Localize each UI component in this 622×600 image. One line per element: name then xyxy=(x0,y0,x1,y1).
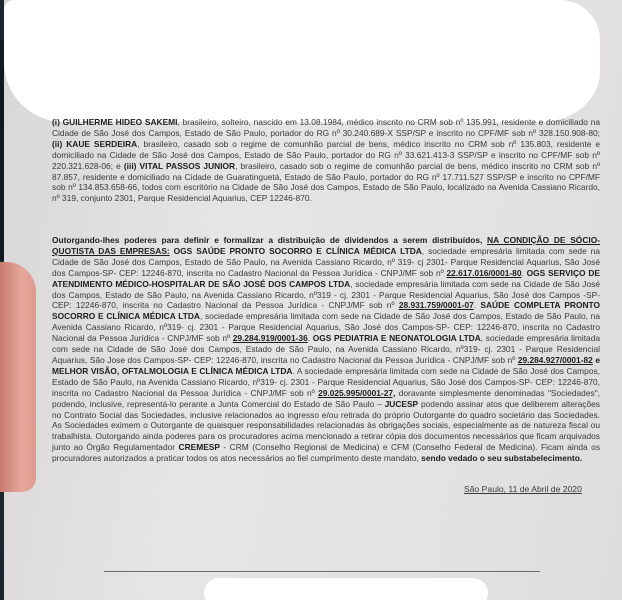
grantee-1-label: (i) xyxy=(52,117,60,127)
grantee-2-label: (ii) xyxy=(52,139,62,149)
powers-intro: Outorgando-lhes poderes para definir e f… xyxy=(52,235,482,245)
thumb-holding-paper xyxy=(0,262,36,492)
closing-clause: sendo vedado o seu substabelecimento. xyxy=(421,453,582,463)
grantee-3-name: VITAL PASSOS JUNIOR xyxy=(140,161,236,171)
company-5-prefix: e xyxy=(595,355,600,365)
cremesp-label: CREMESP xyxy=(179,442,220,452)
redacted-signature-name xyxy=(204,578,488,600)
jucesp-label: JUCESP xyxy=(385,399,419,409)
redacted-header xyxy=(4,0,600,122)
company-2-cnpj: 28.931.759/0001-07 xyxy=(399,300,474,310)
company-1-cnpj: 22.617.016/0001-80 xyxy=(447,268,522,278)
date-line: São Paulo, 11 de Abril de 2020 xyxy=(464,484,582,494)
grantee-2-name: KAUE SERDEIRA xyxy=(66,139,137,149)
signature-line xyxy=(104,571,540,572)
powers-paragraph: Outorgando-lhes poderes para definir e f… xyxy=(52,235,600,464)
company-4-name: OGS PEDIATRIA E NEONATOLOGIA LTDA xyxy=(313,333,481,343)
grantee-3-label: (iii) xyxy=(124,161,137,171)
company-5-cnpj: 29.025.995/0001-27, xyxy=(318,388,395,398)
company-3-cnpj: 29.284.919/0001-36 xyxy=(233,333,308,343)
company-4-cnpj: 29.284.927/0001-82 xyxy=(518,355,593,365)
grantee-1-name: GUILHERME HIDEO SAKEMI xyxy=(63,117,178,127)
company-5-name: MELHOR VISÃO, OFTALMOLOGIA E CLÍNICA MÉD… xyxy=(52,366,292,376)
company-1-name: OGS SAÚDE PRONTO SOCORRO E CLÍNICA MÉDIC… xyxy=(174,246,422,256)
grantees-paragraph: (i) GUILHERME HIDEO SAKEMI, brasileiro, … xyxy=(52,117,600,204)
